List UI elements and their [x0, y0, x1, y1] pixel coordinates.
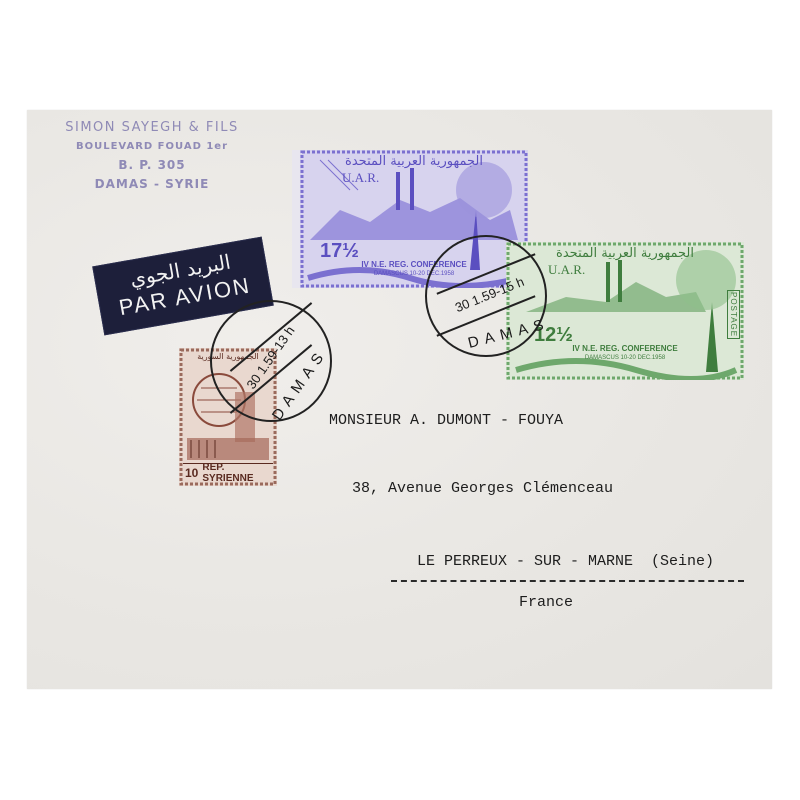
- postmark-date: 30 1.59-13 h: [243, 323, 297, 391]
- sender-street: BOULEVARD FOUAD 1er: [27, 137, 277, 156]
- stamp-conference: IV N.E. REG. CONFERENCE: [506, 344, 744, 353]
- postmark-damas-1: 30 1.59-15 h DAMAS: [425, 235, 547, 357]
- sender-po-box: B. P. 305: [27, 156, 277, 175]
- stamp-value: 10: [185, 466, 198, 480]
- address-divider: [391, 580, 744, 582]
- recipient-name: MONSIEUR A. DUMONT - FOUYA: [329, 412, 563, 429]
- stamp-country: REP. SYRIENNE: [202, 462, 273, 484]
- stamp-conference-detail: DAMASCUS 10-20 DEC.1958: [506, 355, 744, 361]
- sender-city: DAMAS - SYRIE: [27, 175, 277, 194]
- stamp-side-text: POSTAGE: [727, 290, 740, 339]
- recipient-country: France: [519, 594, 573, 611]
- postmark-date: 30 1.59-15 h: [453, 274, 526, 315]
- stamp-footer: 10 REP. SYRIENNE: [183, 463, 273, 482]
- stamp-header-arabic: الجمهورية العربية المتحدة: [506, 246, 744, 261]
- sender-address-stamp: SIMON SAYEGH & FILS BOULEVARD FOUAD 1er …: [27, 118, 277, 194]
- envelope: SIMON SAYEGH & FILS BOULEVARD FOUAD 1er …: [27, 110, 772, 689]
- sender-name: SIMON SAYEGH & FILS: [27, 118, 277, 137]
- recipient-city: LE PERREUX - SUR - MARNE (Seine): [417, 553, 714, 570]
- stamp-header-arabic: الجمهورية العربية المتحدة: [300, 154, 528, 169]
- stamp-country: U.A.R.: [342, 170, 379, 186]
- postmark-damas-2: 30 1.59-13 h DAMAS: [210, 300, 332, 422]
- recipient-street: 38, Avenue Georges Clémenceau: [352, 480, 613, 497]
- stamp-country: U.A.R.: [548, 262, 585, 278]
